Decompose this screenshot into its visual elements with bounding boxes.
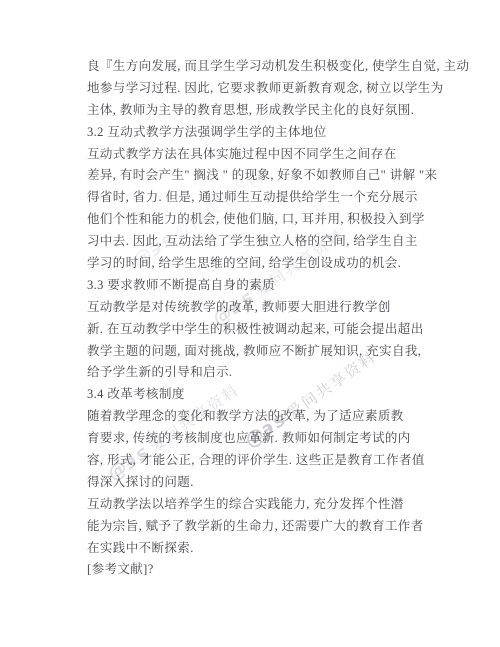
text-line: 新. 在互动教学中学生的积极性被调动起来, 可能会提出超出	[87, 319, 457, 341]
text-line: 在实践中不断探索.	[87, 538, 457, 560]
text-line: 互动教学是对传统教学的改革, 教师要大胆进行教学创	[87, 297, 457, 319]
text-line: 容, 形式, 才能公正, 合理的评价学生. 这些正是教育工作者值	[87, 450, 457, 472]
text-line: 互动式教学方法在具体实施过程中因不同学生之间存在	[87, 144, 457, 166]
text-line: 差异, 有时会产生" 搁浅 " 的现象, 好象不如教师自己" 讲解 "来	[87, 165, 457, 187]
text-line: 3.2 互动式教学方法强调学生学的主体地位	[87, 122, 457, 144]
text-line: 主体, 教师为主导的教育思想, 形成教学民主化的良好氛围.	[87, 100, 457, 122]
text-line: 得深入探讨的问题.	[87, 472, 457, 494]
text-line: 育要求, 传统的考核制度也应革新. 教师如何制定考试的内	[87, 428, 457, 450]
text-line: 互动教学法以培养学生的综合实践能力, 充分发挥个性潜	[87, 494, 457, 516]
text-line: [参考文献]?	[87, 559, 457, 581]
text-line: 他们个性和能力的机会, 使他们脑, 口, 耳并用, 积极投入到学	[87, 209, 457, 231]
text-line: 能为宗旨, 赋予了教学新的生命力, 还需要广大的教育工作者	[87, 516, 457, 538]
text-line: 习中去. 因此, 互动法给了学生独立人格的空间, 给学生自主	[87, 231, 457, 253]
document-page: @϶s爱问共享资料@϶s爱问共享资料@϶s爱问共享资料@϶s爱问共享资料 良『生…	[0, 0, 500, 647]
text-line: 良『生方向发展, 而且学生学习动机发生积极变化, 使学生自觉, 主动	[87, 56, 457, 78]
text-line: 给予学生新的引导和启示.	[87, 362, 457, 384]
text-line: 得省时, 省力. 但是, 通过师生互动提供给学生一个充分展示	[87, 187, 457, 209]
text-line: 地参与学习过程. 因此, 它要求教师更新教育观念, 树立以学生为	[87, 78, 457, 100]
text-line: 3.3 要求教师不断提高自身的素质	[87, 275, 457, 297]
text-line: 随着教学理念的变化和教学方法的改革, 为了适应素质教	[87, 406, 457, 428]
text-line: 学习的时间, 给学生思维的空间, 给学生创设成功的机会.	[87, 253, 457, 275]
text-line: 教学主题的问题, 面对挑战, 教师应不断扩展知识, 充实自我,	[87, 341, 457, 363]
text-line: 3.4 改革考核制度	[87, 384, 457, 406]
document-text-block: 良『生方向发展, 而且学生学习动机发生积极变化, 使学生自觉, 主动地参与学习过…	[87, 56, 457, 581]
